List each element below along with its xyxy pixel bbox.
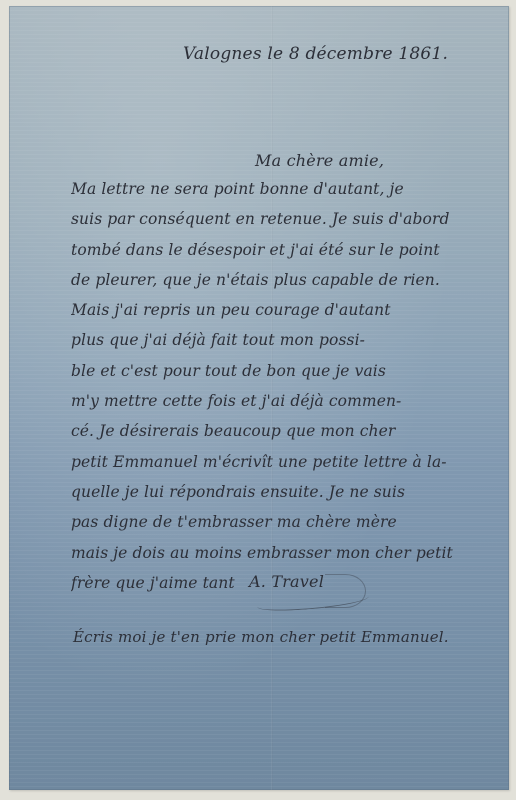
letter-body-line: quelle je lui répondrais ensuite. Je ne … [71,477,509,507]
signature-loop [325,574,366,608]
letter-postscript: Écris moi je t'en prie mon cher petit Em… [73,628,449,646]
letter-body-line: Mais j'ai repris un peu courage d'autant [71,295,509,325]
letter-body-line: m'y mettre cette fois et j'ai déjà comme… [71,386,509,416]
letter-body-line: Ma lettre ne sera point bonne d'autant, … [71,174,509,204]
letter-body-line: pas digne de t'embrasser ma chère mère [71,507,509,537]
letter-body-line: ble et c'est pour tout de bon que je vai… [71,356,509,386]
letter-body-line: cé. Je désirerais beaucoup que mon cher [71,416,509,446]
letter-salutation: Ma chère amie, [255,151,384,170]
letter-paper: Valognes le 8 décembre 1861. Ma chère am… [9,6,509,790]
letter-body-line: suis par conséquent en retenue. Je suis … [71,204,509,234]
document-mount: Valognes le 8 décembre 1861. Ma chère am… [0,0,516,800]
letter-signature: A. Travel [249,572,324,591]
letter-date-line: Valognes le 8 décembre 1861. [183,44,448,64]
letter-body: Ma lettre ne sera point bonne d'autant, … [71,174,509,598]
letter-body-line: petit Emmanuel m'écrivît une petite lett… [71,447,509,477]
letter-body-line: de pleurer, que je n'étais plus capable … [71,265,509,295]
letter-body-line: mais je dois au moins embrasser mon cher… [71,538,509,568]
letter-body-line: plus que j'ai déjà fait tout mon possi- [71,325,509,355]
letter-body-line: tombé dans le désespoir et j'ai été sur … [71,235,509,265]
